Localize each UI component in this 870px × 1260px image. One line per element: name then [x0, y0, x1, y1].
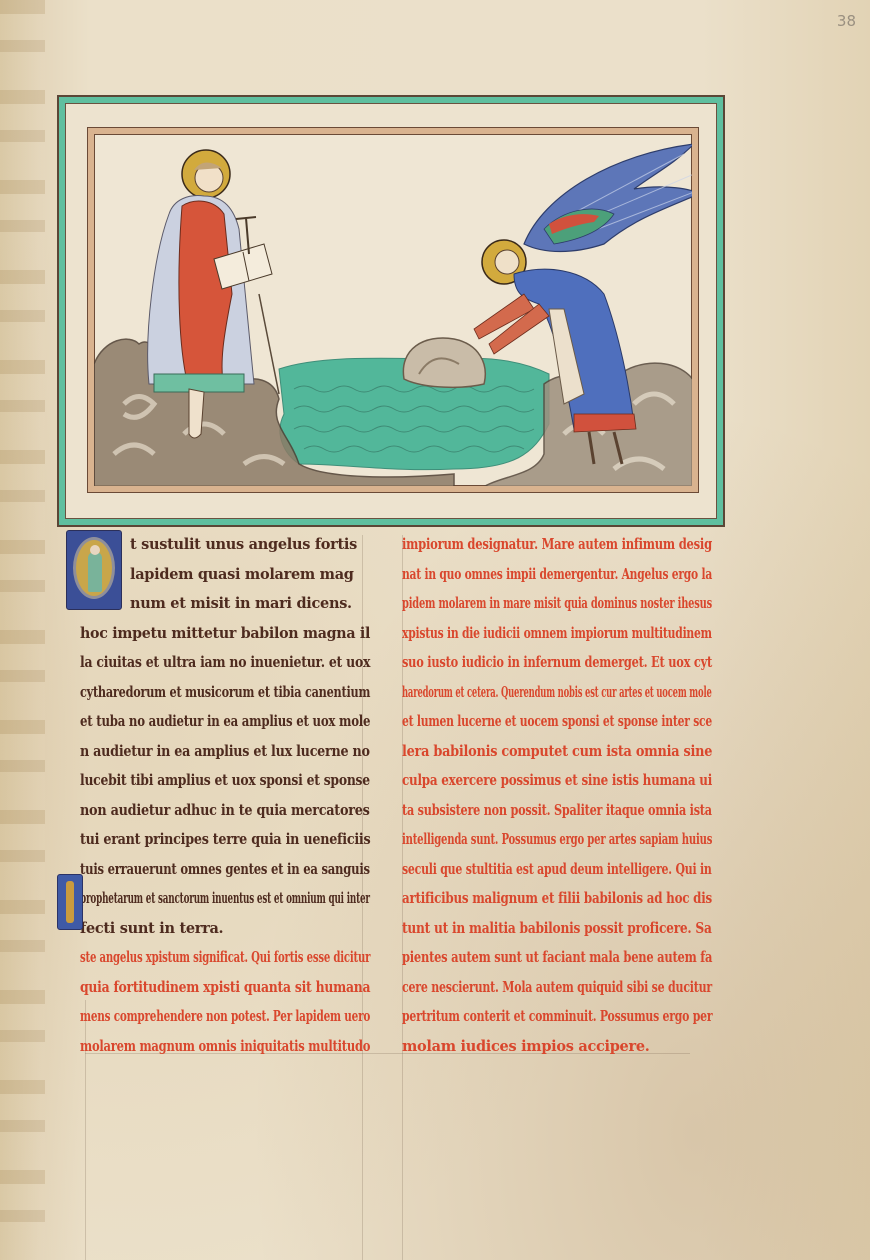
commentary-line: ste angelus xpistum significat. Qui fort… [80, 943, 370, 973]
miniature-scene [94, 134, 698, 492]
text-line: et tuba no audietur in ea amplius et uox… [80, 707, 370, 737]
commentary-line: seculi que stultitia est apud deum intel… [402, 855, 712, 885]
commentary-line: xpistus in die iudicii omnem impiorum mu… [402, 619, 712, 649]
decorated-initial-i [57, 874, 83, 930]
commentary-line: pientes autem sunt ut faciant mala bene … [402, 943, 712, 973]
initial-gold-stroke [66, 881, 74, 923]
text-line: num et misit in mari dicens. [80, 589, 370, 619]
miniature-painting [88, 128, 698, 492]
manuscript-page: 38 [0, 0, 870, 1260]
commentary-line: artificibus malignum et filii babilonis … [402, 884, 712, 914]
commentary-line: haredorum et cetera. Querendum nobis est… [402, 678, 712, 708]
text-line: t sustulit unus angelus fortis [80, 530, 370, 560]
text-line: hoc impetu mittetur babilon magna il [80, 619, 370, 649]
commentary-line: culpa exercere possimus et sine istis hu… [402, 766, 712, 796]
commentary-line: cere nescierunt. Mola autem quiquid sibi… [402, 973, 712, 1003]
text-column-right: impiorum designatur. Mare autem infimum … [402, 530, 712, 1061]
miniature-mat [65, 103, 717, 519]
commentary-line: ta subsistere non possit. Spaliter itaqu… [402, 796, 712, 826]
text-column-left: t sustulit unus angelus fortis lapidem q… [80, 530, 370, 1061]
commentary-line: lera babilonis computet cum ista omnia s… [402, 737, 712, 767]
commentary-line: molarem magnum omnis iniquitatis multitu… [80, 1032, 370, 1062]
text-line: tui erant principes terre quia in uenefi… [80, 825, 370, 855]
commentary-line: impiorum designatur. Mare autem infimum … [402, 530, 712, 560]
commentary-line: suo iusto iudicio in infernum demerget. … [402, 648, 712, 678]
commentary-line: quia fortitudinem xpisti quanta sit huma… [80, 973, 370, 1003]
millstone-boulder [403, 338, 485, 387]
commentary-line: tunt ut in malitia babilonis possit prof… [402, 914, 712, 944]
text-line: tuis errauerunt omnes gentes et in ea sa… [80, 855, 370, 885]
text-line: cytharedorum et musicorum et tibia canen… [80, 678, 370, 708]
commentary-line: nat in quo omnes impii demergentur. Ange… [402, 560, 712, 590]
text-line: lapidem quasi molarem mag [80, 560, 370, 590]
commentary-line: pidem molarem in mare misit quia dominus… [402, 589, 712, 619]
commentary-line: intelligenda sunt. Possumus ergo per art… [402, 825, 712, 855]
page-gutter-edge [0, 0, 45, 1260]
commentary-line: molam iudices impios accipere. [402, 1032, 712, 1062]
text-line: lucebit tibi amplius et uox sponsi et sp… [80, 766, 370, 796]
text-line: prophetarum et sanctorum inuentus est et… [80, 884, 370, 914]
text-line: n audietur in ea amplius et lux lucerne … [80, 737, 370, 767]
text-line: fecti sunt in terra. [80, 914, 370, 944]
commentary-line: pertritum conterit et comminuit. Possumu… [402, 1002, 712, 1032]
text-line: non audietur adhuc in te quia mercatores [80, 796, 370, 826]
commentary-line: mens comprehendere non potest. Per lapid… [80, 1002, 370, 1032]
text-line: la ciuitas et ultra iam no inuenietur. e… [80, 648, 370, 678]
miniature-frame [57, 95, 725, 527]
commentary-line: et lumen lucerne et uocem sponsi et spon… [402, 707, 712, 737]
folio-number: 38 [837, 12, 856, 30]
